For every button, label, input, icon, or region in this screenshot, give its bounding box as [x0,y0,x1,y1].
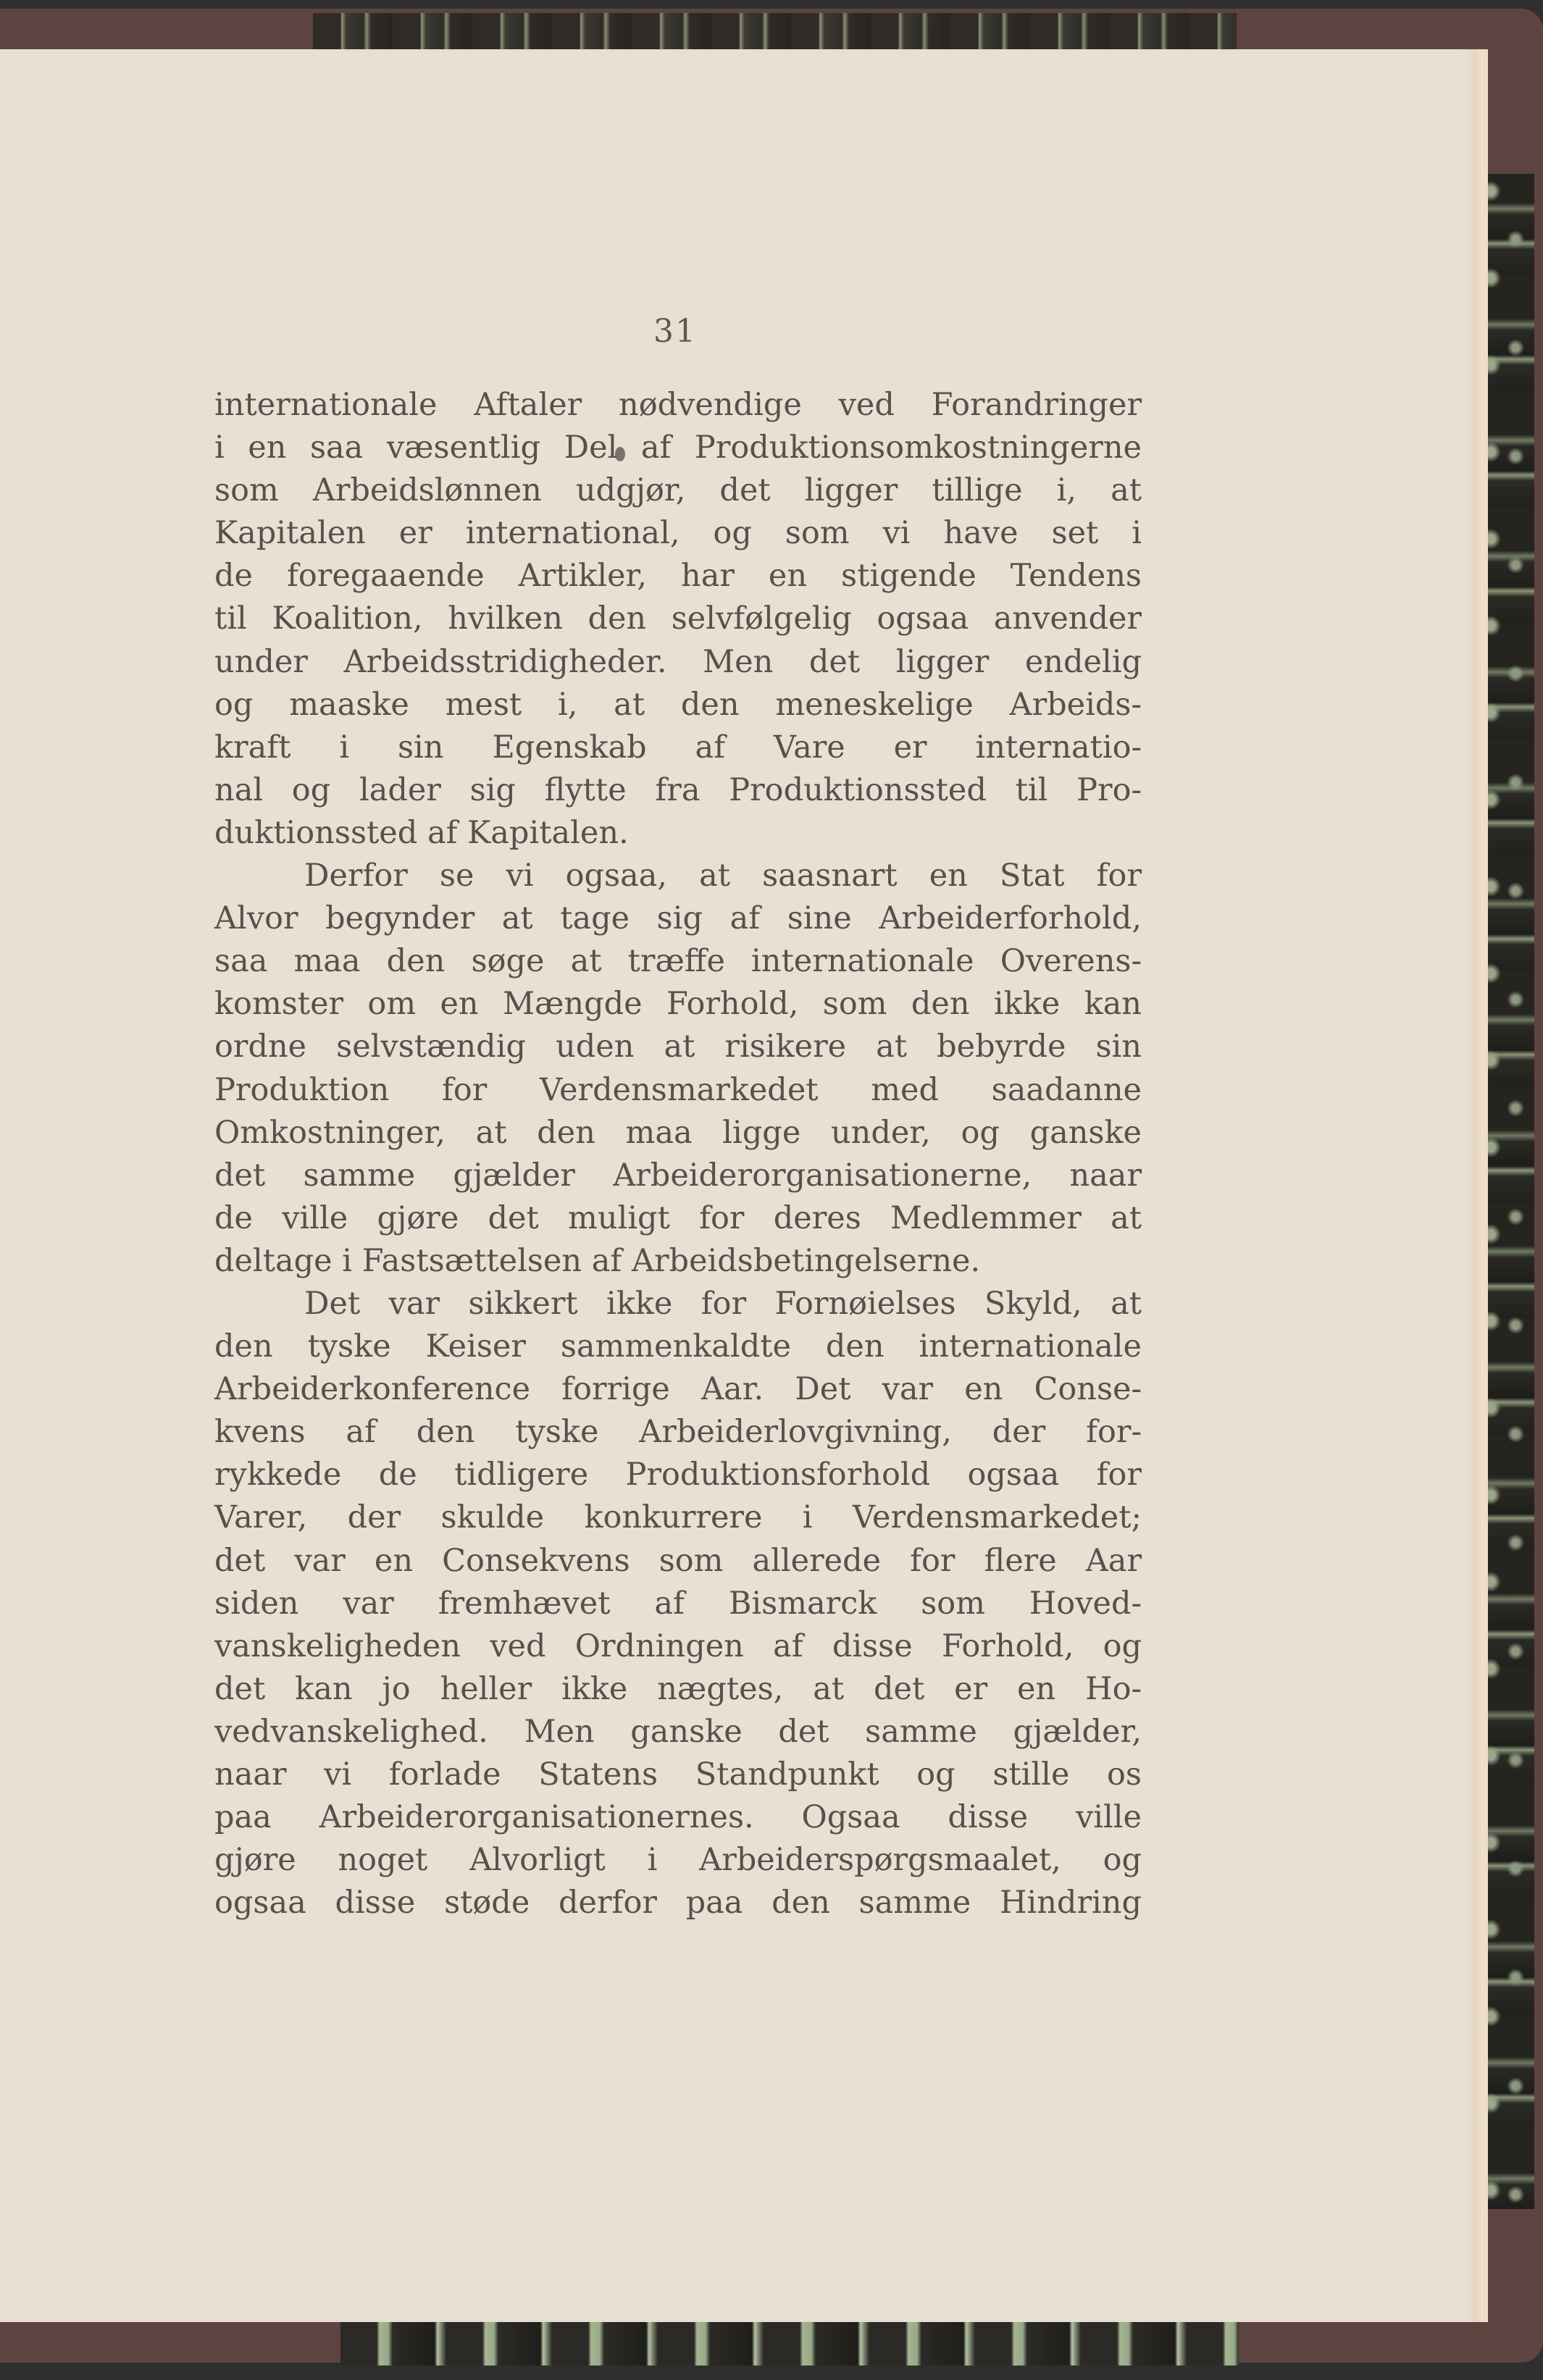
text-line: siden var fremhævet af Bismarck som Hove… [214,1583,1142,1625]
page-fore-edge [1473,49,1484,2322]
text-line: rykkede de tidligere Produktionsforhold … [214,1454,1142,1496]
text-line: Arbeiderkonference forrige Aar. Det var … [214,1368,1142,1411]
text-line: komster om en Mængde Forhold, som den ik… [214,983,1142,1026]
text-line: kraft i sin Egenskab af Vare er internat… [214,726,1142,769]
text-line: Omkostninger, at den maa ligge under, og… [214,1112,1142,1155]
text-line: Varer, der skulde konkurrere i Verdensma… [214,1496,1142,1539]
text-line: det kan jo heller ikke nægtes, at det er… [214,1668,1142,1711]
text-line: ordne selvstændig uden at risikere at be… [214,1026,1142,1068]
text-line: under Arbeidsstridigheder. Men det ligge… [214,641,1142,684]
body-text: internationale Aftaler nødvendige ved Fo… [214,384,1142,1924]
text-line: vedvanskelighed. Men ganske det samme gj… [214,1711,1142,1753]
text-line: til Koalition, hvilken den selvfølgelig … [214,598,1142,640]
text-line: og maaske mest i, at den meneskelige Arb… [214,684,1142,726]
text-line: deltage i Fastsættelsen af Arbeidsbeting… [214,1240,1142,1283]
text-line: det var en Consekvens som allerede for f… [214,1540,1142,1583]
text-line: Kapitalen er international, og som vi ha… [214,512,1142,555]
text-line: den tyske Keiser sammenkaldte den intern… [214,1325,1142,1368]
text-line: Produktion for Verdensmarkedet med saada… [214,1069,1142,1112]
text-line: duktionssted af Kapitalen. [214,812,1142,855]
text-line: paa Arbeiderorganisationernes. Ogsaa dis… [214,1796,1142,1839]
text-line: saa maa den søge at træffe international… [214,940,1142,983]
text-line: det samme gjælder Arbeiderorganisationer… [214,1155,1142,1197]
text-line: kvens af den tyske Arbeiderlovgivning, d… [214,1411,1142,1454]
text-line: i en saa væsentlig Del af Produktionsomk… [214,427,1142,469]
text-line: de foregaaende Artikler, har en stigende… [214,555,1142,598]
paragraph-start-line: Det var sikkert ikke for Fornøielses Sky… [214,1283,1142,1325]
text-line: nal og lader sig flytte fra Produktionss… [214,769,1142,812]
text-line: de ville gjøre det muligt for deres Medl… [214,1197,1142,1240]
text-line: ogsaa disse støde derfor paa den samme H… [214,1882,1142,1924]
text-line: Alvor begynder at tage sig af sine Arbei… [214,897,1142,940]
paragraph-start-line: Derfor se vi ogsaa, at saasnart en Stat … [214,855,1142,897]
page-number: 31 [639,313,711,350]
text-line: gjøre noget Alvorligt i Arbeiderspørgsma… [214,1839,1142,1882]
text-line: som Arbeidslønnen udgjør, det ligger til… [214,469,1142,512]
text-line: naar vi forlade Statens Standpunkt og st… [214,1753,1142,1796]
text-line: internationale Aftaler nødvendige ved Fo… [214,384,1142,427]
ink-smudge [615,447,625,461]
marbled-spine-bottom [340,2318,1239,2366]
text-line: vanskeligheden ved Ordningen af disse Fo… [214,1625,1142,1668]
